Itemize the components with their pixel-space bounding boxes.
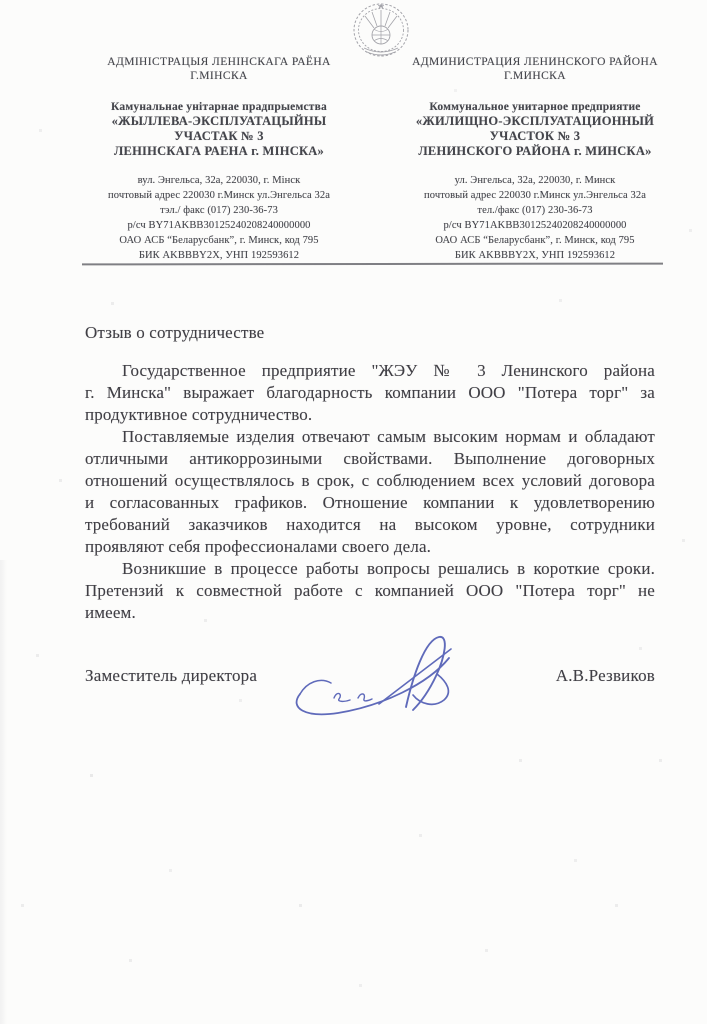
paragraph-line: Поставляемые изделия отвечают самым высо… xyxy=(85,426,655,448)
paragraph-line: продуктивное сотрудничество. xyxy=(85,404,655,426)
paragraph: Государственное предприятие "ЖЭУ № 3 Лен… xyxy=(85,360,655,426)
paragraph-line: проявляют себя профессионалами своего де… xyxy=(85,536,655,558)
org-name-ru: УЧАСТОК № 3 xyxy=(386,129,684,144)
letterhead-divider-rule xyxy=(82,263,663,266)
letterhead-left-column: АДМІНІСТРАЦЫЯ ЛЕНІНСКАГА РАЁНА Г.МІНСКА … xyxy=(70,56,368,263)
address-line: ОАО АСБ “Беларусбанк”, г. Минск, код 795 xyxy=(70,233,368,248)
org-type-ru: Коммунальное унитарное предприятие xyxy=(386,100,684,114)
org-address-by: вул. Энгельса, 32а, 220030, г. Мінск поч… xyxy=(70,173,368,263)
paragraph-line: требований заказчиков находится на высок… xyxy=(85,514,655,536)
address-line: почтовый адрес 220030 г.Минск ул.Энгельс… xyxy=(70,188,368,203)
paragraph-line: Претензий к совместной работе с компание… xyxy=(85,580,655,602)
admin-name-ru: АДМИНИСТРАЦИЯ ЛЕНИНСКОГО РАЙОНА xyxy=(386,56,684,70)
coat-of-arms-icon xyxy=(350,2,412,60)
address-line: р/сч BY71AKBB30125240208240000000 xyxy=(386,218,684,233)
address-line: ОАО АСБ “Беларусбанк”, г. Минск, код 795 xyxy=(386,233,684,248)
letterhead-right-column: АДМИНИСТРАЦИЯ ЛЕНИНСКОГО РАЙОНА Г.МИНСКА… xyxy=(386,56,684,263)
letter-title: Отзыв о сотрудничестве xyxy=(85,322,655,344)
signer-position: Заместитель директора xyxy=(85,666,257,686)
letter-body: Отзыв о сотрудничестве Государственное п… xyxy=(85,322,655,624)
address-line: тэл./ факс (017) 230-36-73 xyxy=(70,203,368,218)
paragraph-line: и согласованных графиков. Отношение комп… xyxy=(85,492,655,514)
admin-name-by: АДМІНІСТРАЦЫЯ ЛЕНІНСКАГА РАЁНА xyxy=(70,56,368,70)
paragraph-line: г. Минска" выражает благодарность компан… xyxy=(85,382,655,404)
handwritten-signature xyxy=(286,632,480,732)
org-name-ru: «ЖИЛИЩНО-ЭКСПЛУАТАЦИОННЫЙ xyxy=(386,114,684,129)
paragraph-line: Возникшие в процессе работы вопросы реша… xyxy=(85,558,655,580)
paragraph: Возникшие в процессе работы вопросы реша… xyxy=(85,558,655,624)
scan-edge-shade xyxy=(0,560,7,1024)
org-address-ru: ул. Энгельса, 32а, 220030, г. Минск почт… xyxy=(386,173,684,263)
org-name-by: УЧАСТАК № 3 xyxy=(70,129,368,144)
paragraph-line: имеем. xyxy=(85,602,655,624)
address-line: ул. Энгельса, 32а, 220030, г. Минск xyxy=(386,173,684,188)
paragraph-line: отношений осуществлялось в срок, с соблю… xyxy=(85,470,655,492)
paragraph-line: отличными антикоррозиными свойствами. Вы… xyxy=(85,448,655,470)
admin-city-ru: Г.МИНСКА xyxy=(386,70,684,84)
address-line: тел./факс (017) 230-36-73 xyxy=(386,203,684,218)
signer-name: А.В.Резвиков xyxy=(556,666,655,686)
address-line: БИК AKBBBY2X, УНП 192593612 xyxy=(70,248,368,263)
address-line: БИК AKBBBY2X, УНП 192593612 xyxy=(386,248,684,263)
org-type-by: Камунальнае унітарнае прадпрыемства xyxy=(70,100,368,114)
paragraph: Поставляемые изделия отвечают самым высо… xyxy=(85,426,655,558)
org-name-ru: ЛЕНИНСКОГО РАЙОНА г. МИНСКА» xyxy=(386,144,684,159)
address-line: почтовый адрес 220030 г.Минск ул.Энгельс… xyxy=(386,188,684,203)
letterhead: АДМІНІСТРАЦЫЯ ЛЕНІНСКАГА РАЁНА Г.МІНСКА … xyxy=(70,56,684,263)
org-name-by: «ЖЫЛЛЕВА-ЭКСПЛУАТАЦЫЙНЫ xyxy=(70,114,368,129)
address-line: р/сч BY71AKBB30125240208240000000 xyxy=(70,218,368,233)
address-line: вул. Энгельса, 32а, 220030, г. Мінск xyxy=(70,173,368,188)
org-name-by: ЛЕНІНСКАГА РАЕНА г. МІНСКА» xyxy=(70,144,368,159)
scanned-letter-page: АДМІНІСТРАЦЫЯ ЛЕНІНСКАГА РАЁНА Г.МІНСКА … xyxy=(0,0,707,1024)
scan-noise xyxy=(0,0,1,1)
paragraph-line: Государственное предприятие "ЖЭУ № 3 Лен… xyxy=(85,360,655,382)
admin-city-by: Г.МІНСКА xyxy=(70,70,368,84)
